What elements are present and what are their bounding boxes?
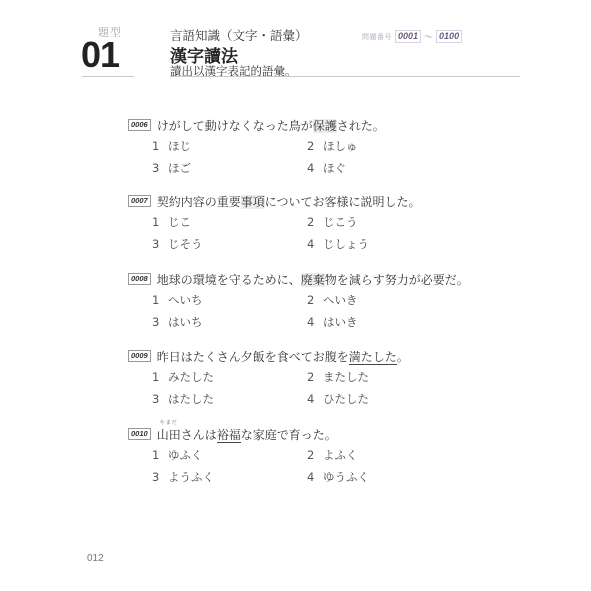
target-word: 裕福 (217, 428, 241, 443)
question-number: 0009 (128, 350, 151, 362)
option-3[interactable]: 3ほご (152, 159, 307, 177)
option-2[interactable]: 2じこう (307, 213, 462, 231)
header-divider (170, 76, 520, 77)
option-number: 2 (307, 213, 323, 231)
question-sentence: 昨日はたくさん夕飯を食べてお腹を満たした。 (157, 348, 409, 365)
option-text: ほぐ (323, 161, 346, 175)
option-number: 3 (152, 313, 168, 331)
question-number: 0008 (128, 273, 151, 285)
range-label: 問題番号 (362, 32, 392, 42)
sentence-after: な家庭で育った。 (241, 428, 337, 442)
answer-options: 1じこ 2じこう 3じそう 4じしょう (152, 213, 508, 253)
range-separator: 〜 (424, 30, 433, 43)
option-number: 3 (152, 468, 168, 486)
option-text: はたした (168, 392, 214, 406)
option-text: じこう (323, 215, 358, 229)
question-item: 0009 昨日はたくさん夕飯を食べてお腹を満たした。 1みたした 2またした 3… (128, 348, 508, 408)
option-number: 1 (152, 446, 168, 464)
option-text: じそう (168, 237, 203, 251)
option-number: 2 (307, 291, 323, 309)
answer-options: 1へいち 2へいき 3はいち 4はいき (152, 291, 508, 331)
question-item: 0010 やまだ山田さんは裕福な家庭で育った。 1ゆふく 2よふく 3ようふく … (128, 426, 508, 486)
option-4[interactable]: 4はいき (307, 313, 462, 331)
question-number: 0006 (128, 119, 151, 131)
answer-options: 1みたした 2またした 3はたした 4ひたした (152, 368, 508, 408)
option-text: ようふく (168, 470, 214, 484)
option-3[interactable]: 3はたした (152, 390, 307, 408)
ruby-base: 山田 (157, 428, 181, 442)
sentence-before: 昨日はたくさん夕飯を食べてお腹を (157, 350, 349, 364)
question-sentence: 地球の環境を守るために、廃棄物を減らす努力が必要だ。 (157, 271, 469, 288)
option-number: 2 (307, 446, 323, 464)
option-2[interactable]: 2ほしゅ (307, 137, 462, 155)
range-start: 0001 (395, 30, 421, 43)
question-sentence: やまだ山田さんは裕福な家庭で育った。 (157, 426, 337, 443)
option-text: じしょう (323, 237, 369, 251)
option-1[interactable]: 1ゆふく (152, 446, 307, 464)
option-number: 4 (307, 159, 323, 177)
option-text: よふく (323, 448, 358, 462)
question-item: 0006 けがして動けなくなった鳥が保護された。 1ほじ 2ほしゅ 3ほご 4ほ… (128, 117, 508, 177)
answer-options: 1ほじ 2ほしゅ 3ほご 4ほぐ (152, 137, 508, 177)
target-word: 事項 (241, 195, 265, 209)
option-number: 1 (152, 291, 168, 309)
option-2[interactable]: 2よふく (307, 446, 462, 464)
option-number: 4 (307, 313, 323, 331)
option-4[interactable]: 4ほぐ (307, 159, 462, 177)
option-number: 4 (307, 468, 323, 486)
question-number: 0010 (128, 428, 151, 440)
option-text: ゆうふく (323, 470, 369, 484)
option-number: 3 (152, 159, 168, 177)
sentence-after: 物を減らす努力が必要だ。 (325, 273, 469, 287)
target-word: 満たした (349, 350, 397, 365)
question-type-number: 01 (81, 35, 119, 75)
option-4[interactable]: 4ひたした (307, 390, 462, 408)
type-number-divider (82, 76, 134, 77)
ruby-word: やまだ山田 (157, 426, 181, 443)
question-item: 0008 地球の環境を守るために、廃棄物を減らす努力が必要だ。 1へいち 2へい… (128, 271, 508, 331)
ruby-reading: やまだ (157, 419, 181, 426)
sentence-after: 。 (397, 350, 409, 364)
sentence-before: 地球の環境を守るために、 (157, 273, 301, 287)
option-text: ほご (168, 161, 191, 175)
sentence-after: された。 (337, 119, 385, 133)
option-3[interactable]: 3ようふく (152, 468, 307, 486)
page-number: 012 (87, 553, 104, 564)
option-4[interactable]: 4ゆうふく (307, 468, 462, 486)
option-text: ゆふく (168, 448, 203, 462)
option-text: みたした (168, 370, 214, 384)
sentence-before: さんは (181, 428, 217, 442)
option-2[interactable]: 2へいき (307, 291, 462, 309)
option-text: はいき (323, 315, 358, 329)
option-1[interactable]: 1みたした (152, 368, 307, 386)
option-number: 1 (152, 137, 168, 155)
option-text: ひたした (323, 392, 369, 406)
option-text: ほしゅ (323, 139, 358, 153)
option-text: はいち (168, 315, 203, 329)
option-number: 4 (307, 235, 323, 253)
option-number: 3 (152, 235, 168, 253)
option-text: へいき (323, 293, 358, 307)
range-end: 0100 (436, 30, 462, 43)
question-number: 0007 (128, 195, 151, 207)
option-2[interactable]: 2またした (307, 368, 462, 386)
question-range: 問題番号 0001 〜 0100 (362, 30, 462, 43)
option-3[interactable]: 3はいち (152, 313, 307, 331)
option-number: 3 (152, 390, 168, 408)
option-text: じこ (168, 215, 191, 229)
question-sentence: 契約内容の重要事項についてお客様に説明した。 (157, 193, 421, 210)
sentence-before: 契約内容の重要 (157, 195, 241, 209)
option-number: 2 (307, 137, 323, 155)
target-word: 保護 (313, 119, 337, 133)
option-text: ほじ (168, 139, 191, 153)
option-1[interactable]: 1ほじ (152, 137, 307, 155)
sentence-before: けがして動けなくなった鳥が (157, 119, 313, 133)
option-number: 1 (152, 213, 168, 231)
option-number: 4 (307, 390, 323, 408)
target-word: 廃棄 (301, 273, 325, 287)
option-text: へいち (168, 293, 203, 307)
option-4[interactable]: 4じしょう (307, 235, 462, 253)
option-number: 1 (152, 368, 168, 386)
sentence-after: についてお客様に説明した。 (265, 195, 421, 209)
answer-options: 1ゆふく 2よふく 3ようふく 4ゆうふく (152, 446, 508, 486)
option-text: またした (323, 370, 369, 384)
option-number: 2 (307, 368, 323, 386)
option-1[interactable]: 1じこ (152, 213, 307, 231)
option-3[interactable]: 3じそう (152, 235, 307, 253)
question-sentence: けがして動けなくなった鳥が保護された。 (157, 117, 385, 134)
option-1[interactable]: 1へいち (152, 291, 307, 309)
question-item: 0007 契約内容の重要事項についてお客様に説明した。 1じこ 2じこう 3じそ… (128, 193, 508, 253)
